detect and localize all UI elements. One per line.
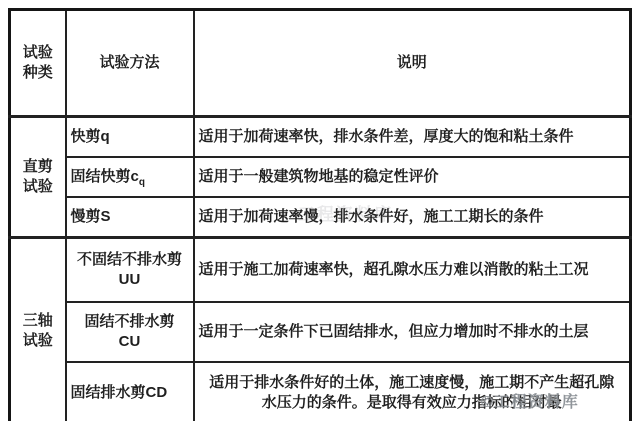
method-cd: 固结排水剪CD <box>66 362 194 421</box>
row-quick-shear: 直剪 试验 快剪q 适用于加荷速率快，排水条件差，厚度大的饱和粘土条件 <box>10 117 631 158</box>
method-slow-shear: 慢剪S <box>66 197 194 238</box>
desc-slow-shear: 适用于加荷速率慢，排水条件好，施工工期长的条件 <box>194 197 631 238</box>
page: 试验 种类 试验方法 说明 直剪 试验 快剪q 适用于加荷速率快，排水条件差，厚… <box>0 0 640 421</box>
row-cu: 固结不排水剪 CU 适用于一定条件下已固结排水，但应力增加时不排水的土层 <box>10 302 631 362</box>
test-methods-table: 试验 种类 试验方法 说明 直剪 试验 快剪q 适用于加荷速率快，排水条件差，厚… <box>8 8 632 421</box>
method-consolidated-quick-shear-base: 固结快剪c <box>71 168 139 185</box>
group-label-direct-shear: 直剪 试验 <box>10 117 66 238</box>
desc-quick-shear: 适用于加荷速率快，排水条件差，厚度大的饱和粘土条件 <box>194 117 631 158</box>
method-consolidated-quick-shear-subscript: q <box>139 177 145 188</box>
method-quick-shear: 快剪q <box>66 117 194 158</box>
header-row: 试验 种类 试验方法 说明 <box>10 10 631 117</box>
desc-uu: 适用于施工加荷速率快，超孔隙水压力难以消散的粘土工况 <box>194 238 631 303</box>
header-test-method: 试验方法 <box>66 10 194 117</box>
method-uu: 不固结不排水剪 UU <box>66 238 194 303</box>
desc-cd: 适用于排水条件好的土体，施工速度慢，施工期不产生超孔隙 水压力的条件。是取得有效… <box>194 362 631 421</box>
header-test-type: 试验 种类 <box>10 10 66 117</box>
row-cd: 固结排水剪CD 适用于排水条件好的土体，施工速度慢，施工期不产生超孔隙 水压力的… <box>10 362 631 421</box>
row-slow-shear: 慢剪S 适用于加荷速率慢，排水条件好，施工工期长的条件 <box>10 197 631 238</box>
row-uu: 三轴 试验 不固结不排水剪 UU 适用于施工加荷速率快，超孔隙水压力难以消散的粘… <box>10 238 631 303</box>
row-consolidated-quick-shear: 固结快剪cq 适用于一般建筑物地基的稳定性评价 <box>10 157 631 197</box>
header-description: 说明 <box>194 10 631 117</box>
desc-cu: 适用于一定条件下已固结排水，但应力增加时不排水的土层 <box>194 302 631 362</box>
desc-consolidated-quick-shear: 适用于一般建筑物地基的稳定性评价 <box>194 157 631 197</box>
method-cu: 固结不排水剪 CU <box>66 302 194 362</box>
method-consolidated-quick-shear: 固结快剪cq <box>66 157 194 197</box>
group-label-triaxial: 三轴 试验 <box>10 238 66 421</box>
